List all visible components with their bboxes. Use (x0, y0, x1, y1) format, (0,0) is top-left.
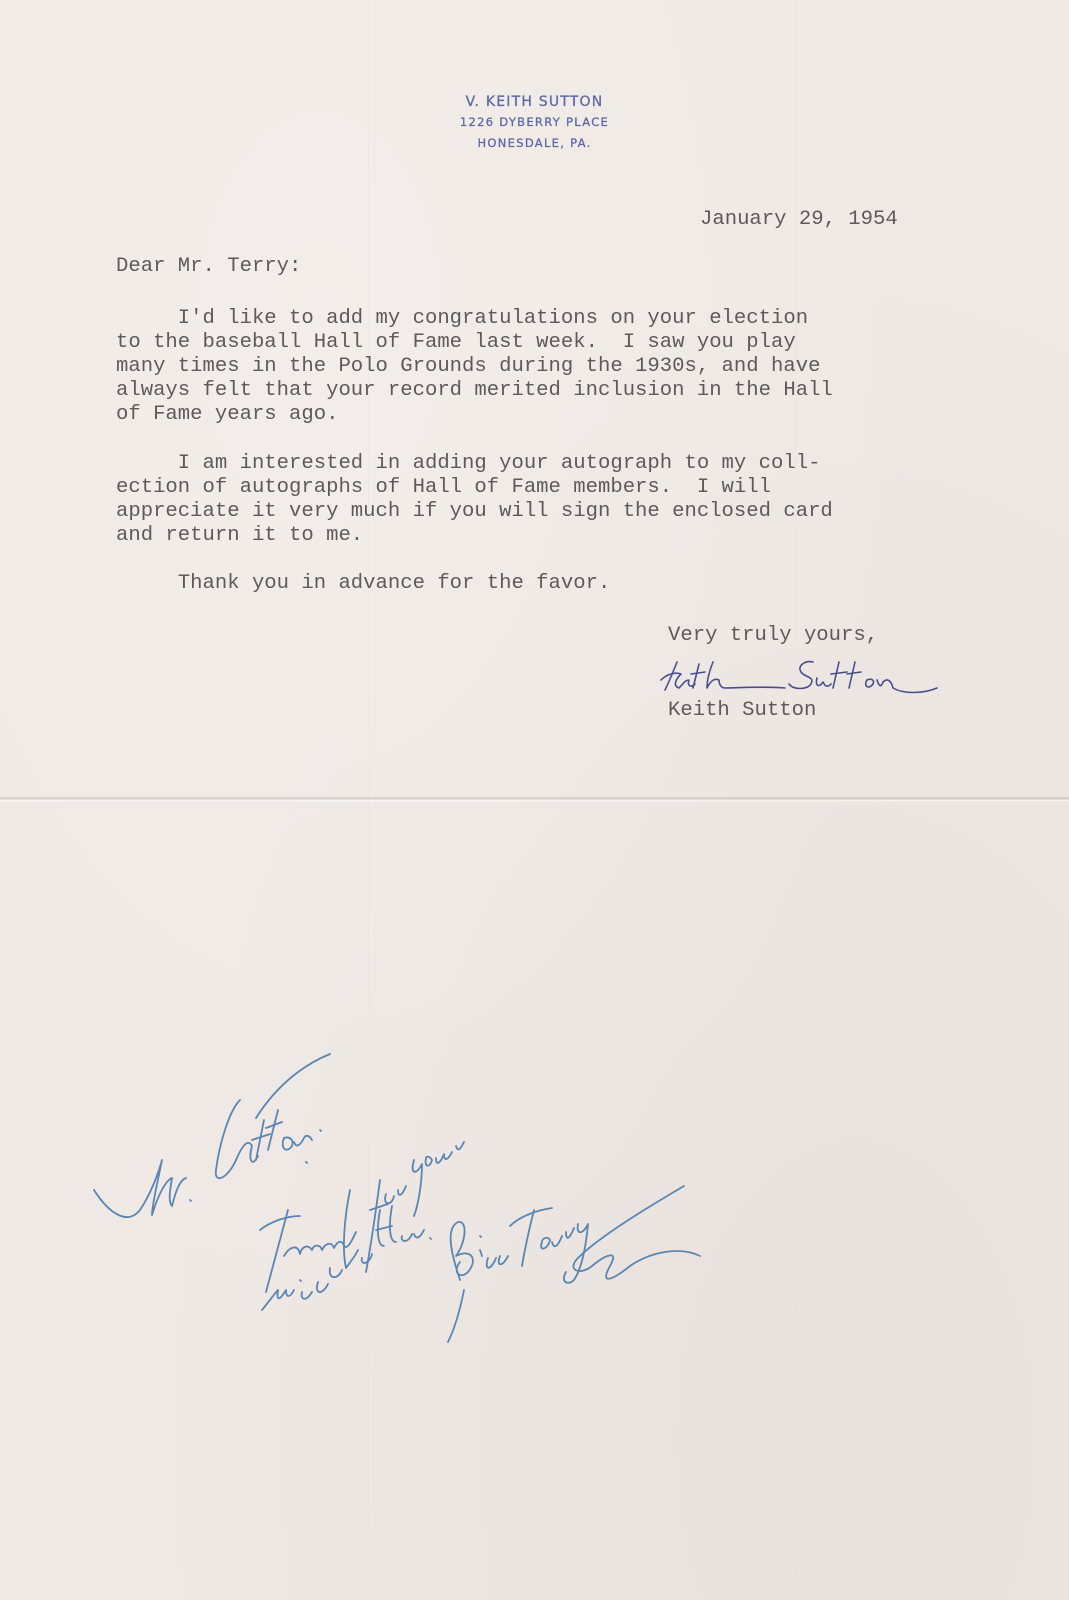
letter-paragraph-3: Thank you in advance for the favor. (116, 572, 610, 596)
letter-date: January 29, 1954 (700, 208, 898, 232)
letter-paragraph-1: I'd like to add my congratulations on yo… (116, 307, 833, 427)
letterhead: V. KEITH SUTTON 1226 DYBERRY PLACE HONES… (0, 92, 1069, 154)
letterhead-address-street: 1226 DYBERRY PLACE (0, 112, 1069, 133)
handwritten-reply-inscription: Mr. Sutton: (80, 1010, 720, 1350)
letterhead-address-city: HONESDALE, PA. (0, 133, 1069, 154)
typed-signature-name: Keith Sutton (668, 699, 816, 723)
letter-closing: Very truly yours, (668, 624, 878, 648)
letter-paragraph-2: I am interested in adding your autograph… (116, 452, 833, 548)
letter-salutation: Dear Mr. Terry: (116, 255, 301, 279)
letterhead-name: V. KEITH SUTTON (0, 92, 1069, 112)
horizontal-fold-crease (0, 796, 1069, 802)
